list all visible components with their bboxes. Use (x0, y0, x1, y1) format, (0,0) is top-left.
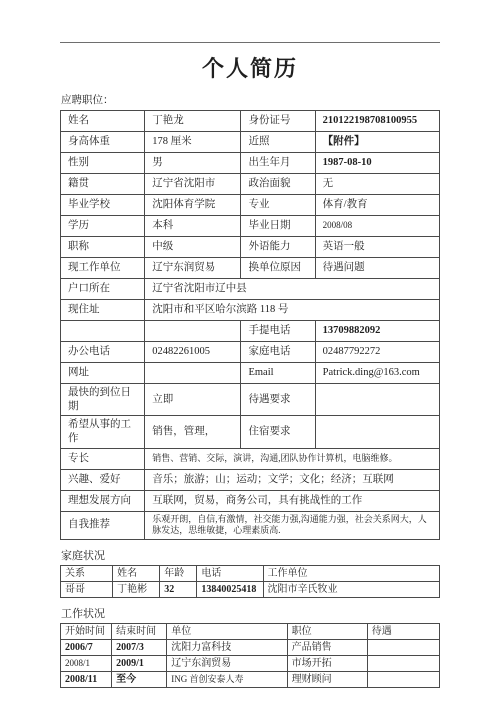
table-cell: 待遇问题 (315, 258, 439, 279)
table-cell: 市场开拓 (287, 655, 367, 671)
table-cell: 学历 (61, 216, 145, 237)
table-cell: 02487792272 (315, 342, 439, 363)
table-cell: 外语能力 (241, 237, 315, 258)
table-cell: 本科 (145, 216, 241, 237)
table-cell: 身高体重 (61, 132, 145, 153)
table-cell: 籍贯 (61, 174, 145, 195)
table-cell: 【附件】 (315, 132, 439, 153)
table-cell: 丁艳彬 (113, 581, 160, 597)
table-cell: 2009/1 (112, 655, 167, 671)
table-cell: 210122198708100955 (315, 111, 439, 132)
table-cell (315, 384, 439, 416)
table-cell: 辽宁东润贸易 (145, 258, 241, 279)
table-row: 职称中级外语能力英语一般 (61, 237, 440, 258)
table-cell: 无 (315, 174, 439, 195)
table-row: 2008/12009/1辽宁东润贸易市场开拓 (61, 655, 440, 671)
table-row: 办公电话02482261005家庭电话02487792272 (61, 342, 440, 363)
table-cell (61, 321, 145, 342)
table-cell (367, 671, 439, 687)
table-cell: 中级 (145, 237, 241, 258)
table-cell: 2006/7 (61, 639, 112, 655)
table-cell: 待遇要求 (241, 384, 315, 416)
table-cell: 手提电话 (241, 321, 315, 342)
table-cell (145, 321, 241, 342)
table-row: 身高体重178 厘米近照【附件】 (61, 132, 440, 153)
table-cell: 希望从事的工作 (61, 416, 145, 448)
table-row: 专长销售、营销、交际，演讲，沟通,团队协作计算机，电脑维修。 (61, 448, 440, 469)
table-row: 性别男出生年月1987-08-10 (61, 153, 440, 174)
table-cell: 2008/11 (61, 671, 112, 687)
table-cell: 辽宁省沈阳市辽中县 (145, 279, 440, 300)
table-row: 现住址沈阳市和平区哈尔滨路 118 号 (61, 300, 440, 321)
table-row: 2006/72007/3沈阳力富科技产品销售 (61, 639, 440, 655)
table-cell (367, 655, 439, 671)
family-section: 家庭状况 关系姓名年龄电话工作单位哥哥丁艳彬3213840025418沈阳市辛氏… (0, 547, 500, 598)
table-cell: 换单位原因 (241, 258, 315, 279)
table-cell (145, 363, 241, 384)
table-row: 籍贯辽宁省沈阳市政治面貌无 (61, 174, 440, 195)
table-cell: 年龄 (160, 565, 197, 581)
table-cell: 理想发展方向 (61, 490, 145, 511)
table-row: 自我推荐乐观开朗，自信,有激情，社交能力强,沟通能力强，社会关系网大，人脉发达，… (61, 511, 440, 539)
table-cell: 丁艳龙 (145, 111, 241, 132)
table-cell: 性别 (61, 153, 145, 174)
table-cell: 销售，管理， (145, 416, 241, 448)
table-cell: Patrick.ding@163.com (315, 363, 439, 384)
table-cell: 开始时间 (61, 623, 112, 639)
work-table: 开始时间结束时间单位职位待遇2006/72007/3沈阳力富科技产品销售2008… (60, 623, 440, 688)
table-cell: 单位 (167, 623, 287, 639)
table-cell: 辽宁省沈阳市 (145, 174, 241, 195)
applied-position-label: 应聘职位： (61, 92, 500, 107)
table-row: 毕业学校沈阳体育学院专业体育/教育 (61, 195, 440, 216)
table-cell: 32 (160, 581, 197, 597)
table-cell: 专业 (241, 195, 315, 216)
table-cell: 2008/1 (61, 655, 112, 671)
table-cell: 至今 (112, 671, 167, 687)
table-cell: 姓名 (61, 111, 145, 132)
table-cell: 现住址 (61, 300, 145, 321)
table-header-row: 开始时间结束时间单位职位待遇 (61, 623, 440, 639)
table-cell: 互联网，贸易，商务公司，具有挑战性的工作 (145, 490, 440, 511)
table-cell: 姓名 (113, 565, 160, 581)
table-cell: 专长 (61, 448, 145, 469)
table-cell: 理财顾问 (287, 671, 367, 687)
header-rule-divider (60, 42, 440, 43)
table-cell: 电话 (197, 565, 263, 581)
table-row: 学历本科毕业日期2008/08 (61, 216, 440, 237)
table-cell: 毕业学校 (61, 195, 145, 216)
table-cell: 英语一般 (315, 237, 439, 258)
table-row: 现工作单位辽宁东润贸易换单位原因待遇问题 (61, 258, 440, 279)
table-cell: 1987-08-10 (315, 153, 439, 174)
table-row: 兴趣、爱好音乐；旅游；山；运动；文学；文化；经济；互联网 (61, 469, 440, 490)
table-row: 哥哥丁艳彬3213840025418沈阳市辛氏牧业 (61, 581, 440, 597)
table-row: 姓名丁艳龙身份证号210122198708100955 (61, 111, 440, 132)
table-row: 手提电话13709882092 (61, 321, 440, 342)
table-row: 网址EmailPatrick.ding@163.com (61, 363, 440, 384)
table-row: 最快的到位日期立即待遇要求 (61, 384, 440, 416)
table-cell: 毕业日期 (241, 216, 315, 237)
table-cell: 兴趣、爱好 (61, 469, 145, 490)
table-cell: 待遇 (367, 623, 439, 639)
table-cell: 2007/3 (112, 639, 167, 655)
table-cell: 出生年月 (241, 153, 315, 174)
table-cell: 政治面貌 (241, 174, 315, 195)
resume-main-table: 姓名丁艳龙身份证号210122198708100955身高体重178 厘米近照【… (60, 110, 440, 540)
work-section-label: 工作状况 (61, 605, 500, 621)
table-cell: 沈阳市和平区哈尔滨路 118 号 (145, 300, 440, 321)
family-section-label: 家庭状况 (61, 547, 500, 563)
table-cell: 职位 (287, 623, 367, 639)
table-cell: 办公电话 (61, 342, 145, 363)
table-cell: 哥哥 (61, 581, 113, 597)
work-section: 工作状况 开始时间结束时间单位职位待遇2006/72007/3沈阳力富科技产品销… (0, 605, 500, 688)
table-cell: 户口所在 (61, 279, 145, 300)
table-cell: 沈阳体育学院 (145, 195, 241, 216)
table-cell: 产品销售 (287, 639, 367, 655)
table-cell: Email (241, 363, 315, 384)
table-row: 2008/11至今ING 首创安泰人寿理财顾问 (61, 671, 440, 687)
table-cell: 立即 (145, 384, 241, 416)
table-cell: 辽宁东润贸易 (167, 655, 287, 671)
table-cell: 网址 (61, 363, 145, 384)
table-cell: ING 首创安泰人寿 (167, 671, 287, 687)
table-cell: 178 厘米 (145, 132, 241, 153)
table-cell: 乐观开朗，自信,有激情，社交能力强,沟通能力强，社会关系网大，人脉发达，思维敏捷… (145, 511, 440, 539)
resume-page: 个人简历 应聘职位： 姓名丁艳龙身份证号210122198708100955身高… (0, 0, 500, 708)
table-cell: 关系 (61, 565, 113, 581)
table-row: 户口所在辽宁省沈阳市辽中县 (61, 279, 440, 300)
table-cell: 近照 (241, 132, 315, 153)
table-cell: 13709882092 (315, 321, 439, 342)
family-table: 关系姓名年龄电话工作单位哥哥丁艳彬3213840025418沈阳市辛氏牧业 (60, 565, 440, 598)
table-cell: 职称 (61, 237, 145, 258)
table-header-row: 关系姓名年龄电话工作单位 (61, 565, 440, 581)
table-cell: 最快的到位日期 (61, 384, 145, 416)
table-row: 理想发展方向互联网，贸易，商务公司，具有挑战性的工作 (61, 490, 440, 511)
table-cell (367, 639, 439, 655)
table-cell: 男 (145, 153, 241, 174)
table-cell: 自我推荐 (61, 511, 145, 539)
table-cell: 结束时间 (112, 623, 167, 639)
table-cell: 体育/教育 (315, 195, 439, 216)
table-cell: 家庭电话 (241, 342, 315, 363)
table-cell: 销售、营销、交际，演讲，沟通,团队协作计算机，电脑维修。 (145, 448, 440, 469)
table-cell: 音乐；旅游；山；运动；文学；文化；经济；互联网 (145, 469, 440, 490)
table-cell (315, 416, 439, 448)
table-cell: 住宿要求 (241, 416, 315, 448)
table-row: 希望从事的工作销售，管理，住宿要求 (61, 416, 440, 448)
table-cell: 工作单位 (263, 565, 440, 581)
table-cell: 沈阳力富科技 (167, 639, 287, 655)
table-cell: 02482261005 (145, 342, 241, 363)
page-title: 个人简历 (0, 52, 500, 83)
table-cell: 身份证号 (241, 111, 315, 132)
table-cell: 13840025418 (197, 581, 263, 597)
table-cell: 现工作单位 (61, 258, 145, 279)
table-cell: 2008/08 (315, 216, 439, 237)
table-cell: 沈阳市辛氏牧业 (263, 581, 440, 597)
